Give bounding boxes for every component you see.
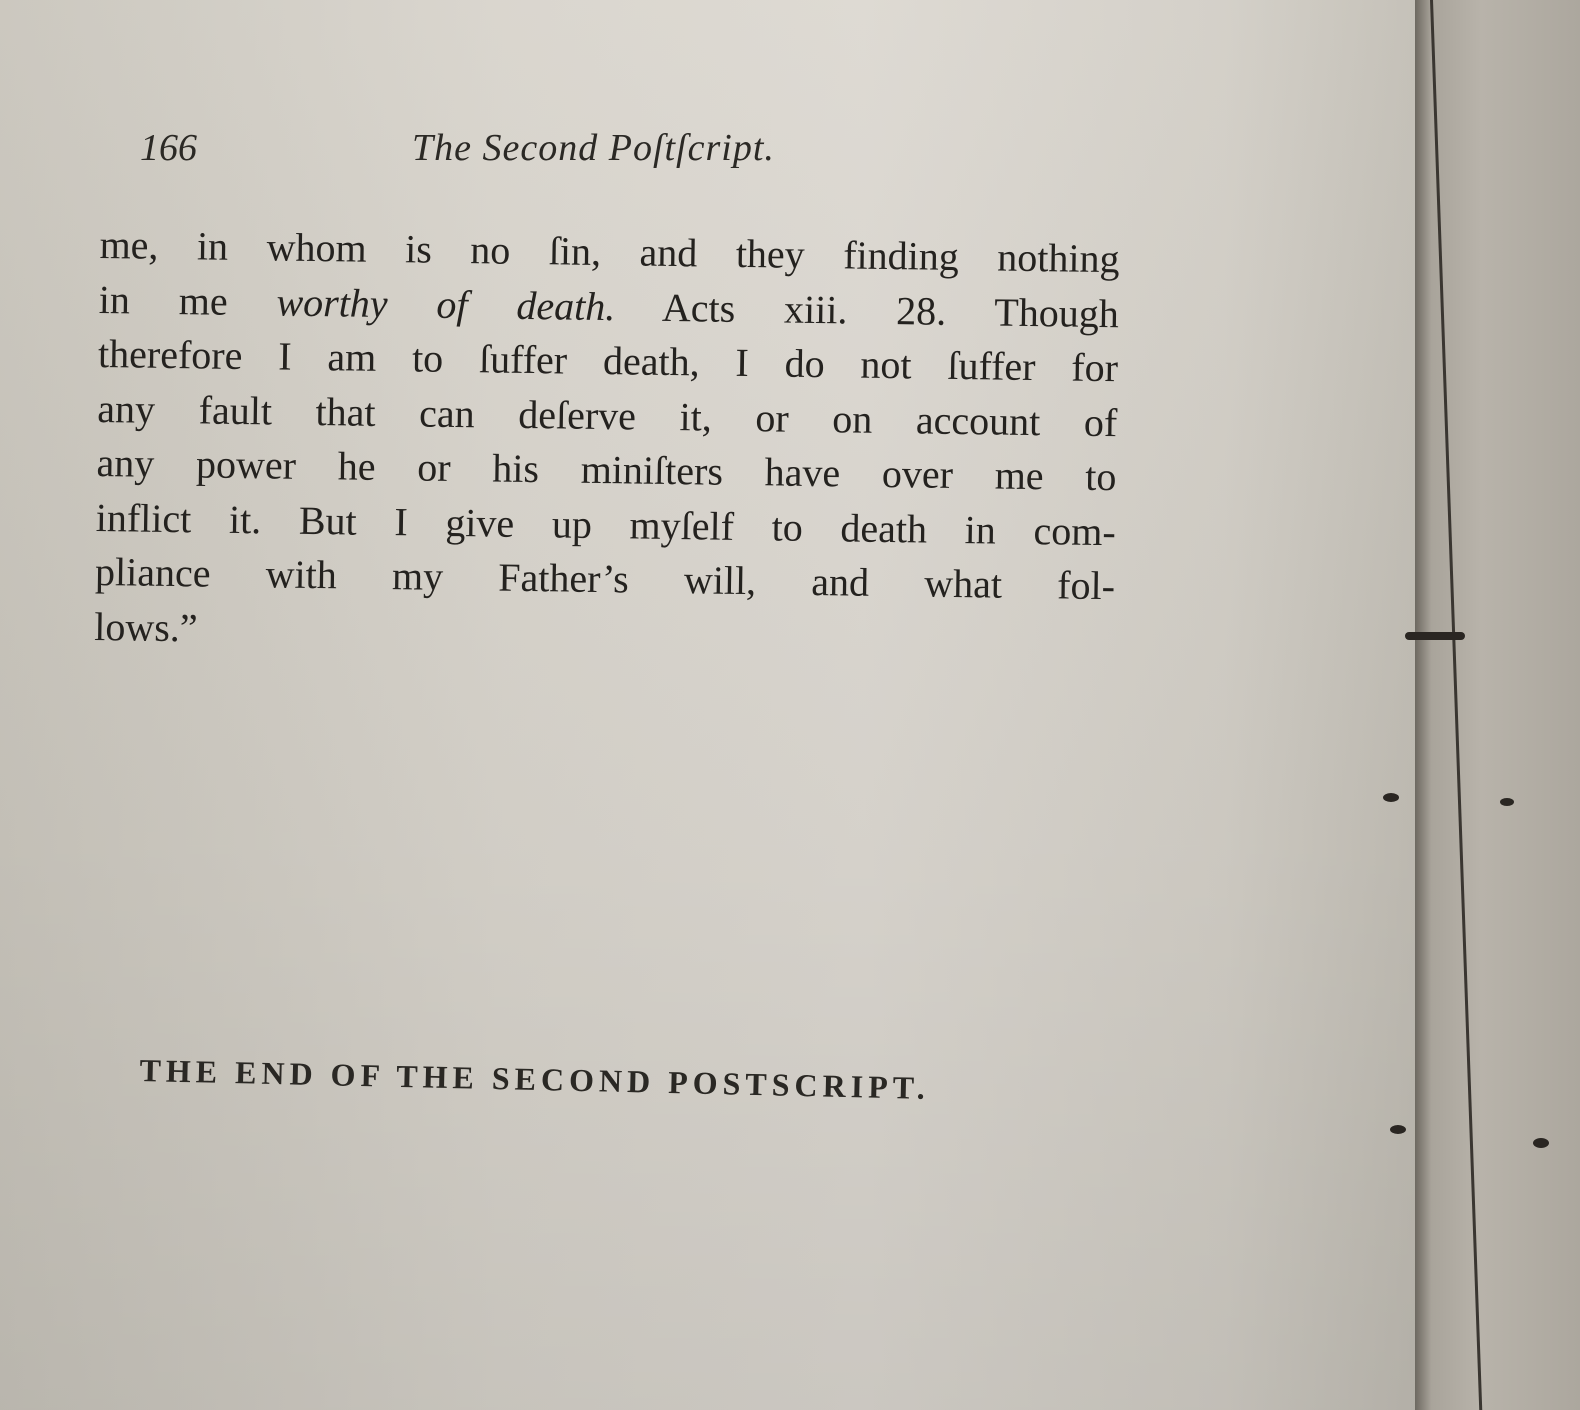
text-segment: pliance with my Father’s will, and what …	[95, 549, 1116, 608]
book-page	[0, 0, 1440, 1410]
italic-phrase: worthy of death.	[276, 279, 615, 329]
binding-stitch-hole	[1390, 1125, 1406, 1134]
scripture-reference: Acts xiii. 28. Though	[615, 284, 1119, 336]
binding-stitch-hole	[1405, 632, 1465, 640]
body-paragraph: me, in whom is no ſin, and they finding …	[94, 218, 1120, 668]
binding-stitch-hole	[1383, 793, 1399, 802]
running-head: 166 The Second Poſtſcript.	[140, 126, 900, 176]
text-segment: therefore I am to ſuffer death, I do not…	[98, 331, 1119, 390]
text-segment: me, in whom is no ſin, and they finding …	[99, 222, 1120, 281]
binding-stitch-hole	[1500, 798, 1514, 806]
text-segment: any power he or his miniſters have over …	[96, 440, 1117, 499]
text-segment: inflict it. But I give up myſelf to deat…	[96, 494, 1117, 553]
binding-stitch-hole	[1533, 1138, 1549, 1148]
page-number: 166	[140, 126, 197, 170]
text-segment: in me	[99, 276, 277, 323]
text-segment: lows.”	[94, 603, 198, 649]
running-title: The Second Poſtſcript.	[412, 126, 775, 170]
text-segment: any fault that can deſerve it, or on acc…	[97, 385, 1118, 444]
